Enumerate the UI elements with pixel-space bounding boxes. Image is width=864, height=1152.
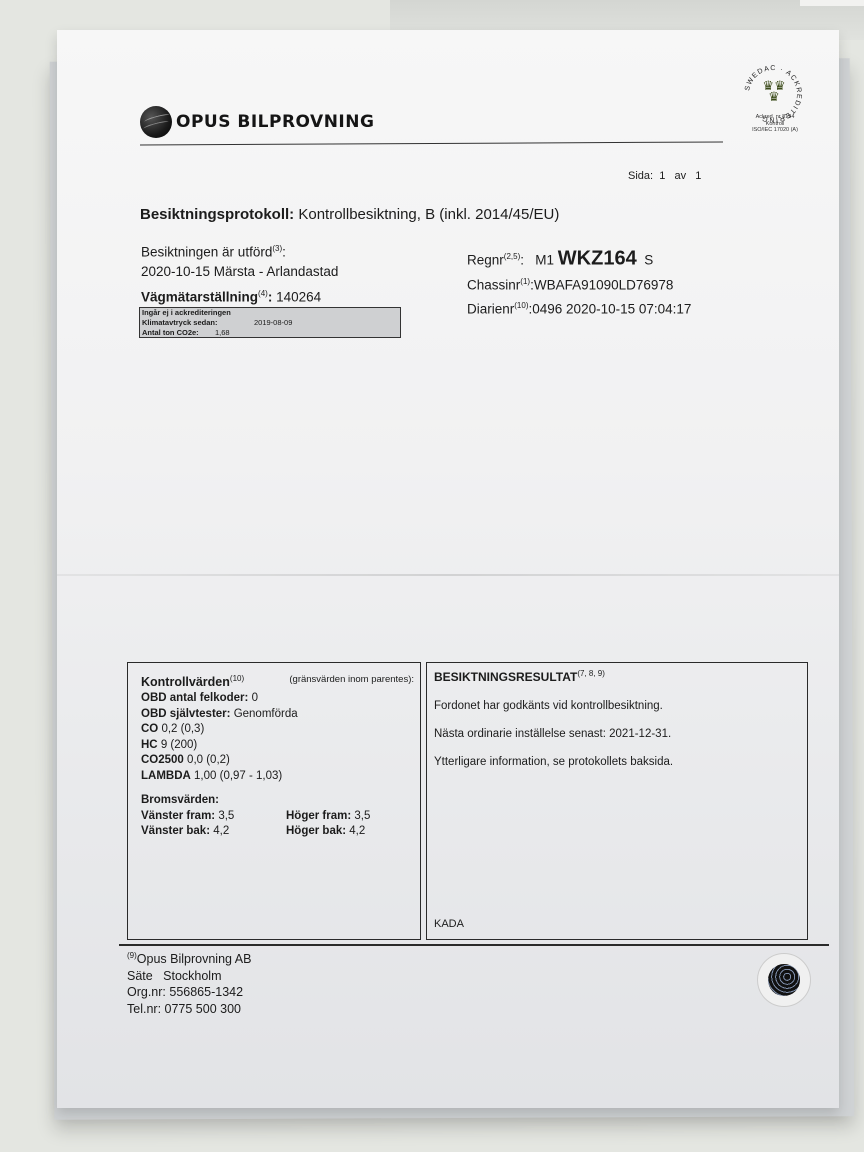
seat-label: Säte bbox=[127, 969, 153, 983]
climate-compensation-badge bbox=[757, 953, 811, 1007]
page-indicator: Sida: 1 av 1 bbox=[628, 170, 701, 182]
result-approved: Fordonet har godkänts vid kontrollbesikt… bbox=[434, 700, 794, 712]
climate-box-heading: Ingår ej i ackrediteringen bbox=[142, 308, 231, 317]
brake-values-list: Vänster fram: 3,5Höger fram: 3,5Vänster … bbox=[141, 809, 416, 840]
regnr-suffix: S bbox=[644, 253, 653, 268]
odometer-label: Vägmätarställning bbox=[141, 290, 258, 305]
title-bold: Besiktningsprotokoll: bbox=[140, 206, 294, 223]
phone-number: Tel.nr: 0775 500 300 bbox=[127, 1001, 251, 1018]
control-value-label: CO bbox=[141, 723, 158, 735]
brake-label: Höger bak: bbox=[286, 825, 346, 837]
control-values-list: OBD antal felkoder: 0OBD självtester: Ge… bbox=[141, 691, 416, 784]
inspector-signature: KADA bbox=[434, 918, 464, 930]
footer-sup: (9) bbox=[127, 951, 137, 960]
page-current: 1 bbox=[659, 170, 665, 182]
control-values-box: Kontrollvärden(10) OBD antal felkoder: 0… bbox=[127, 662, 421, 940]
control-value: Genomförda bbox=[234, 708, 298, 720]
control-value: 9 (200) bbox=[161, 739, 197, 751]
control-value-row: OBD antal felkoder: 0 bbox=[141, 691, 416, 707]
accreditation-lines: Ackred. nr 8194 Kontroll ISO/IEC 17020 (… bbox=[735, 114, 815, 134]
inspection-result-box: BESIKTNINGSRESULTAT(7, 8, 9) Fordonet ha… bbox=[426, 662, 808, 940]
brake-value: 4,2 bbox=[349, 825, 365, 837]
control-value-row: OBD självtester: Genomförda bbox=[141, 707, 416, 723]
three-crowns-icon: ♛♛♛ bbox=[757, 80, 791, 102]
control-value-label: HC bbox=[141, 739, 158, 751]
page-label: Sida: bbox=[628, 170, 653, 182]
globe-badge-icon bbox=[768, 964, 800, 996]
control-value-label: LAMBDA bbox=[141, 770, 191, 782]
brand-logo: OPUS BILPROVNING bbox=[140, 106, 374, 138]
climate-since-label: Klimatavtryck sedan: bbox=[142, 318, 254, 328]
accreditation-standard: ISO/IEC 17020 (A) bbox=[735, 127, 815, 134]
control-values-sup: (10) bbox=[230, 674, 244, 683]
control-values-heading: Kontrollvärden bbox=[141, 675, 230, 689]
co2-label: Antal ton CO2e: bbox=[142, 328, 215, 338]
diarie-sup: (10) bbox=[514, 301, 528, 310]
globe-logo-icon bbox=[140, 106, 172, 138]
brake-row: Vänster fram: 3,5Höger fram: 3,5 bbox=[141, 809, 416, 825]
regnr-value: WKZ164 bbox=[558, 248, 637, 270]
control-value-label: CO2500 bbox=[141, 754, 184, 766]
brake-heading: Bromsvärden: bbox=[141, 794, 219, 806]
company-name: Opus Bilprovning AB bbox=[137, 952, 252, 966]
control-value-label: OBD antal felkoder: bbox=[141, 692, 248, 704]
control-value: 0 bbox=[252, 692, 258, 704]
performed-value: 2020-10-15 Märsta - Arlandastad bbox=[141, 262, 338, 281]
diarie-value: 0496 2020-10-15 07:04:17 bbox=[532, 302, 691, 317]
odometer: Vägmätarställning(4): 140264 bbox=[141, 289, 321, 305]
brake-row: Vänster bak: 4,2Höger bak: 4,2 bbox=[141, 824, 416, 840]
brake-value: 3,5 bbox=[218, 810, 234, 822]
vehicle-info: Regnr(2,5): M1 WKZ164 S Chassinr(1):WBAF… bbox=[467, 246, 691, 320]
inspection-performed: Besiktningen är utförd(3): 2020-10-15 Mä… bbox=[141, 239, 338, 281]
result-next-inspection: Nästa ordinarie inställelse senast: 2021… bbox=[434, 728, 794, 740]
paper-fold bbox=[57, 574, 839, 576]
page-of: av bbox=[675, 170, 687, 182]
control-value: 0,2 (0,3) bbox=[161, 723, 204, 735]
chassis-value: WBAFA91090LD76978 bbox=[534, 277, 674, 292]
chassis-sup: (1) bbox=[520, 277, 530, 286]
company-footer: (9)Opus Bilprovning AB Säte Stockholm Or… bbox=[127, 948, 251, 1017]
result-more-info: Ytterligare information, se protokollets… bbox=[434, 756, 794, 768]
brake-label: Vänster bak: bbox=[141, 825, 210, 837]
page-total: 1 bbox=[695, 170, 701, 182]
document-title: Besiktningsprotokoll: Kontrollbesiktning… bbox=[140, 206, 559, 223]
control-value: 0,0 (0,2) bbox=[187, 754, 230, 766]
limit-values-note: (gränsvärden inom parentes): bbox=[289, 674, 414, 685]
brake-label: Vänster fram: bbox=[141, 810, 215, 822]
performed-sup: (3) bbox=[272, 244, 282, 253]
odometer-sup: (4) bbox=[258, 289, 268, 298]
vehicle-category: M1 bbox=[535, 253, 554, 268]
co2-value: 1,68 bbox=[215, 328, 230, 337]
brake-value: 3,5 bbox=[354, 810, 370, 822]
control-value: 1,00 (0,97 - 1,03) bbox=[194, 770, 282, 782]
chassis-label: Chassinr bbox=[467, 277, 520, 292]
regnr-label: Regnr bbox=[467, 253, 504, 268]
brake-label: Höger fram: bbox=[286, 810, 351, 822]
odometer-value: 140264 bbox=[276, 290, 321, 305]
title-rest: Kontrollbesiktning, B (inkl. 2014/45/EU) bbox=[298, 206, 559, 223]
control-value-row: LAMBDA 1,00 (0,97 - 1,03) bbox=[141, 769, 416, 785]
performed-label: Besiktningen är utförd bbox=[141, 245, 272, 260]
regnr-sup: (2,5) bbox=[504, 252, 520, 261]
background-sheet-edge bbox=[800, 0, 864, 6]
control-value-row: CO 0,2 (0,3) bbox=[141, 722, 416, 738]
footer-divider bbox=[119, 944, 829, 946]
climate-footprint-box: Ingår ej i ackrediteringen Klimatavtryck… bbox=[139, 307, 401, 338]
brand-name: OPUS BILPROVNING bbox=[176, 112, 374, 132]
brake-value: 4,2 bbox=[213, 825, 229, 837]
seat-value: Stockholm bbox=[163, 969, 221, 983]
climate-since-value: 2019-08-09 bbox=[254, 318, 292, 327]
control-value-row: CO2500 0,0 (0,2) bbox=[141, 753, 416, 769]
header-divider bbox=[140, 141, 723, 145]
diarie-label: Diarienr bbox=[467, 302, 514, 317]
inspection-protocol-page: OPUS BILPROVNING SWEDAC · ACKREDITERING … bbox=[57, 30, 839, 1108]
result-heading: BESIKTNINGSRESULTAT bbox=[434, 670, 577, 684]
org-number: Org.nr: 556865-1342 bbox=[127, 984, 251, 1001]
control-value-label: OBD självtester: bbox=[141, 708, 230, 720]
result-sup: (7, 8, 9) bbox=[577, 669, 605, 678]
control-value-row: HC 9 (200) bbox=[141, 738, 416, 754]
